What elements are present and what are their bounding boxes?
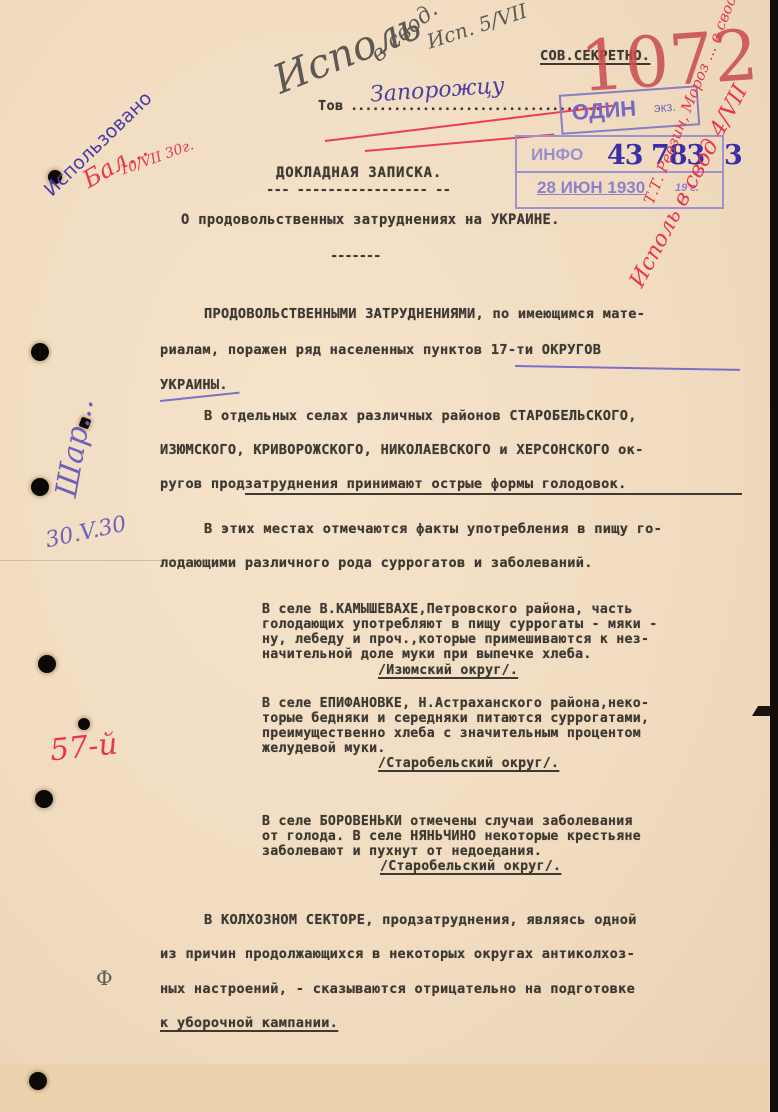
handwritten-pencil-date: Исп. 5/VII [424,0,530,53]
paragraph-1-line-3: УКРАИНЫ. [160,377,228,393]
excerpt-1-source: /Изюмский округ/. [378,664,518,679]
addressee-label: Тов [318,98,343,114]
paragraph-2-line-1: В отдельных селах различных районов СТАР… [204,408,637,424]
typed-underline [245,493,742,495]
excerpt-3-source: /Старобельский округ/. [380,860,561,875]
punch-hole [31,343,49,361]
excerpt-1-line-3: ну, лебеду и проч.,которые примешиваются… [262,633,649,648]
excerpt-2-source: /Старобельский округ/. [378,757,559,772]
paragraph-3-line-2: лодающими различного рода суррогатов и з… [160,555,593,571]
registry-date: 28 ИЮН 1930 [537,178,645,198]
violet-underline [515,365,740,371]
excerpt-2-line-4: желудевой муки. [262,742,386,757]
pencil-bottom-mark: Ф [96,966,113,990]
excerpt-2-line-3: преимущественно хлеба с значительным про… [262,727,641,742]
paragraph-3-line-1: В этих местах отмечаются факты употребле… [204,521,662,537]
excerpt-3-line-1: В селе БОРОВЕНЬКИ отмечены случаи заболе… [262,815,633,830]
page-bottom-band [0,1064,770,1112]
punch-hole [38,655,56,673]
punch-hole [31,478,49,496]
blue-margin-signature: Шар... [49,395,101,499]
scan-edge [770,0,778,1112]
document-title: ДОКЛАДНАЯ ЗАПИСКА. [276,165,442,181]
document-subtitle: О продовольственных затруднениях на УКРА… [181,212,560,228]
paragraph-1-line-1: ПРОДОВОЛЬСТВЕННЫМИ ЗАТРУДНЕНИЯМИ, по име… [204,306,645,322]
paragraph-2-line-2: ИЗЮМСКОГО, КРИВОРОЖСКОГО, НИКОЛАЕВСКОГО … [160,442,644,458]
closing-line-2: из причин продолжающихся в некоторых окр… [160,946,635,962]
registry-label: ИНФО [531,145,583,165]
paragraph-1-line-2: риалам, поражен ряд населенных пунктов 1… [160,342,601,358]
document-page: Исполь в свод. Исп. 5/VII СОВ.СЕКРЕТНО. … [0,0,770,1112]
violet-underline [160,392,240,402]
excerpt-1-line-4: начительной доле муки при выпечке хлеба. [262,648,592,663]
excerpt-2-line-2: торые бедняки и середняки питаются сурро… [262,712,649,727]
registry-number-suffix: 3 [724,140,743,171]
subtitle-rule: ------- [330,248,380,264]
excerpt-3-line-2: от голода. В селе НЯНЬЧИНО некоторые кре… [262,830,641,845]
excerpt-1-line-2: голодающих употребляют в пищу суррогаты … [262,618,658,633]
punch-hole [78,718,90,730]
excerpt-2-line-1: В селе ЕПИФАНОВКЕ, Н.Астраханского район… [262,697,649,712]
blue-margin-date: 30.V.30 [43,512,128,554]
title-rule: --- ----------------- -- [266,182,450,198]
closing-line-1: В КОЛХОЗНОМ СЕКТОРЕ, продзатруднения, яв… [204,912,637,928]
punch-hole [35,790,53,808]
excerpt-3-line-3: заболевают и пухнут от недоедания. [262,845,542,860]
excerpt-1-line-1: В селе В.КАМЫШЕВАХЕ,Петровского района, … [262,603,633,618]
closing-line-4: к уборочной кампании. [160,1015,338,1031]
red-page-mark: 57-й [48,727,119,769]
closing-line-3: ных настроений, - сказываются отрицатель… [160,981,635,997]
punch-hole [29,1072,47,1090]
paragraph-2-line-3: ругов продзатруднения принимают острые ф… [160,476,627,492]
